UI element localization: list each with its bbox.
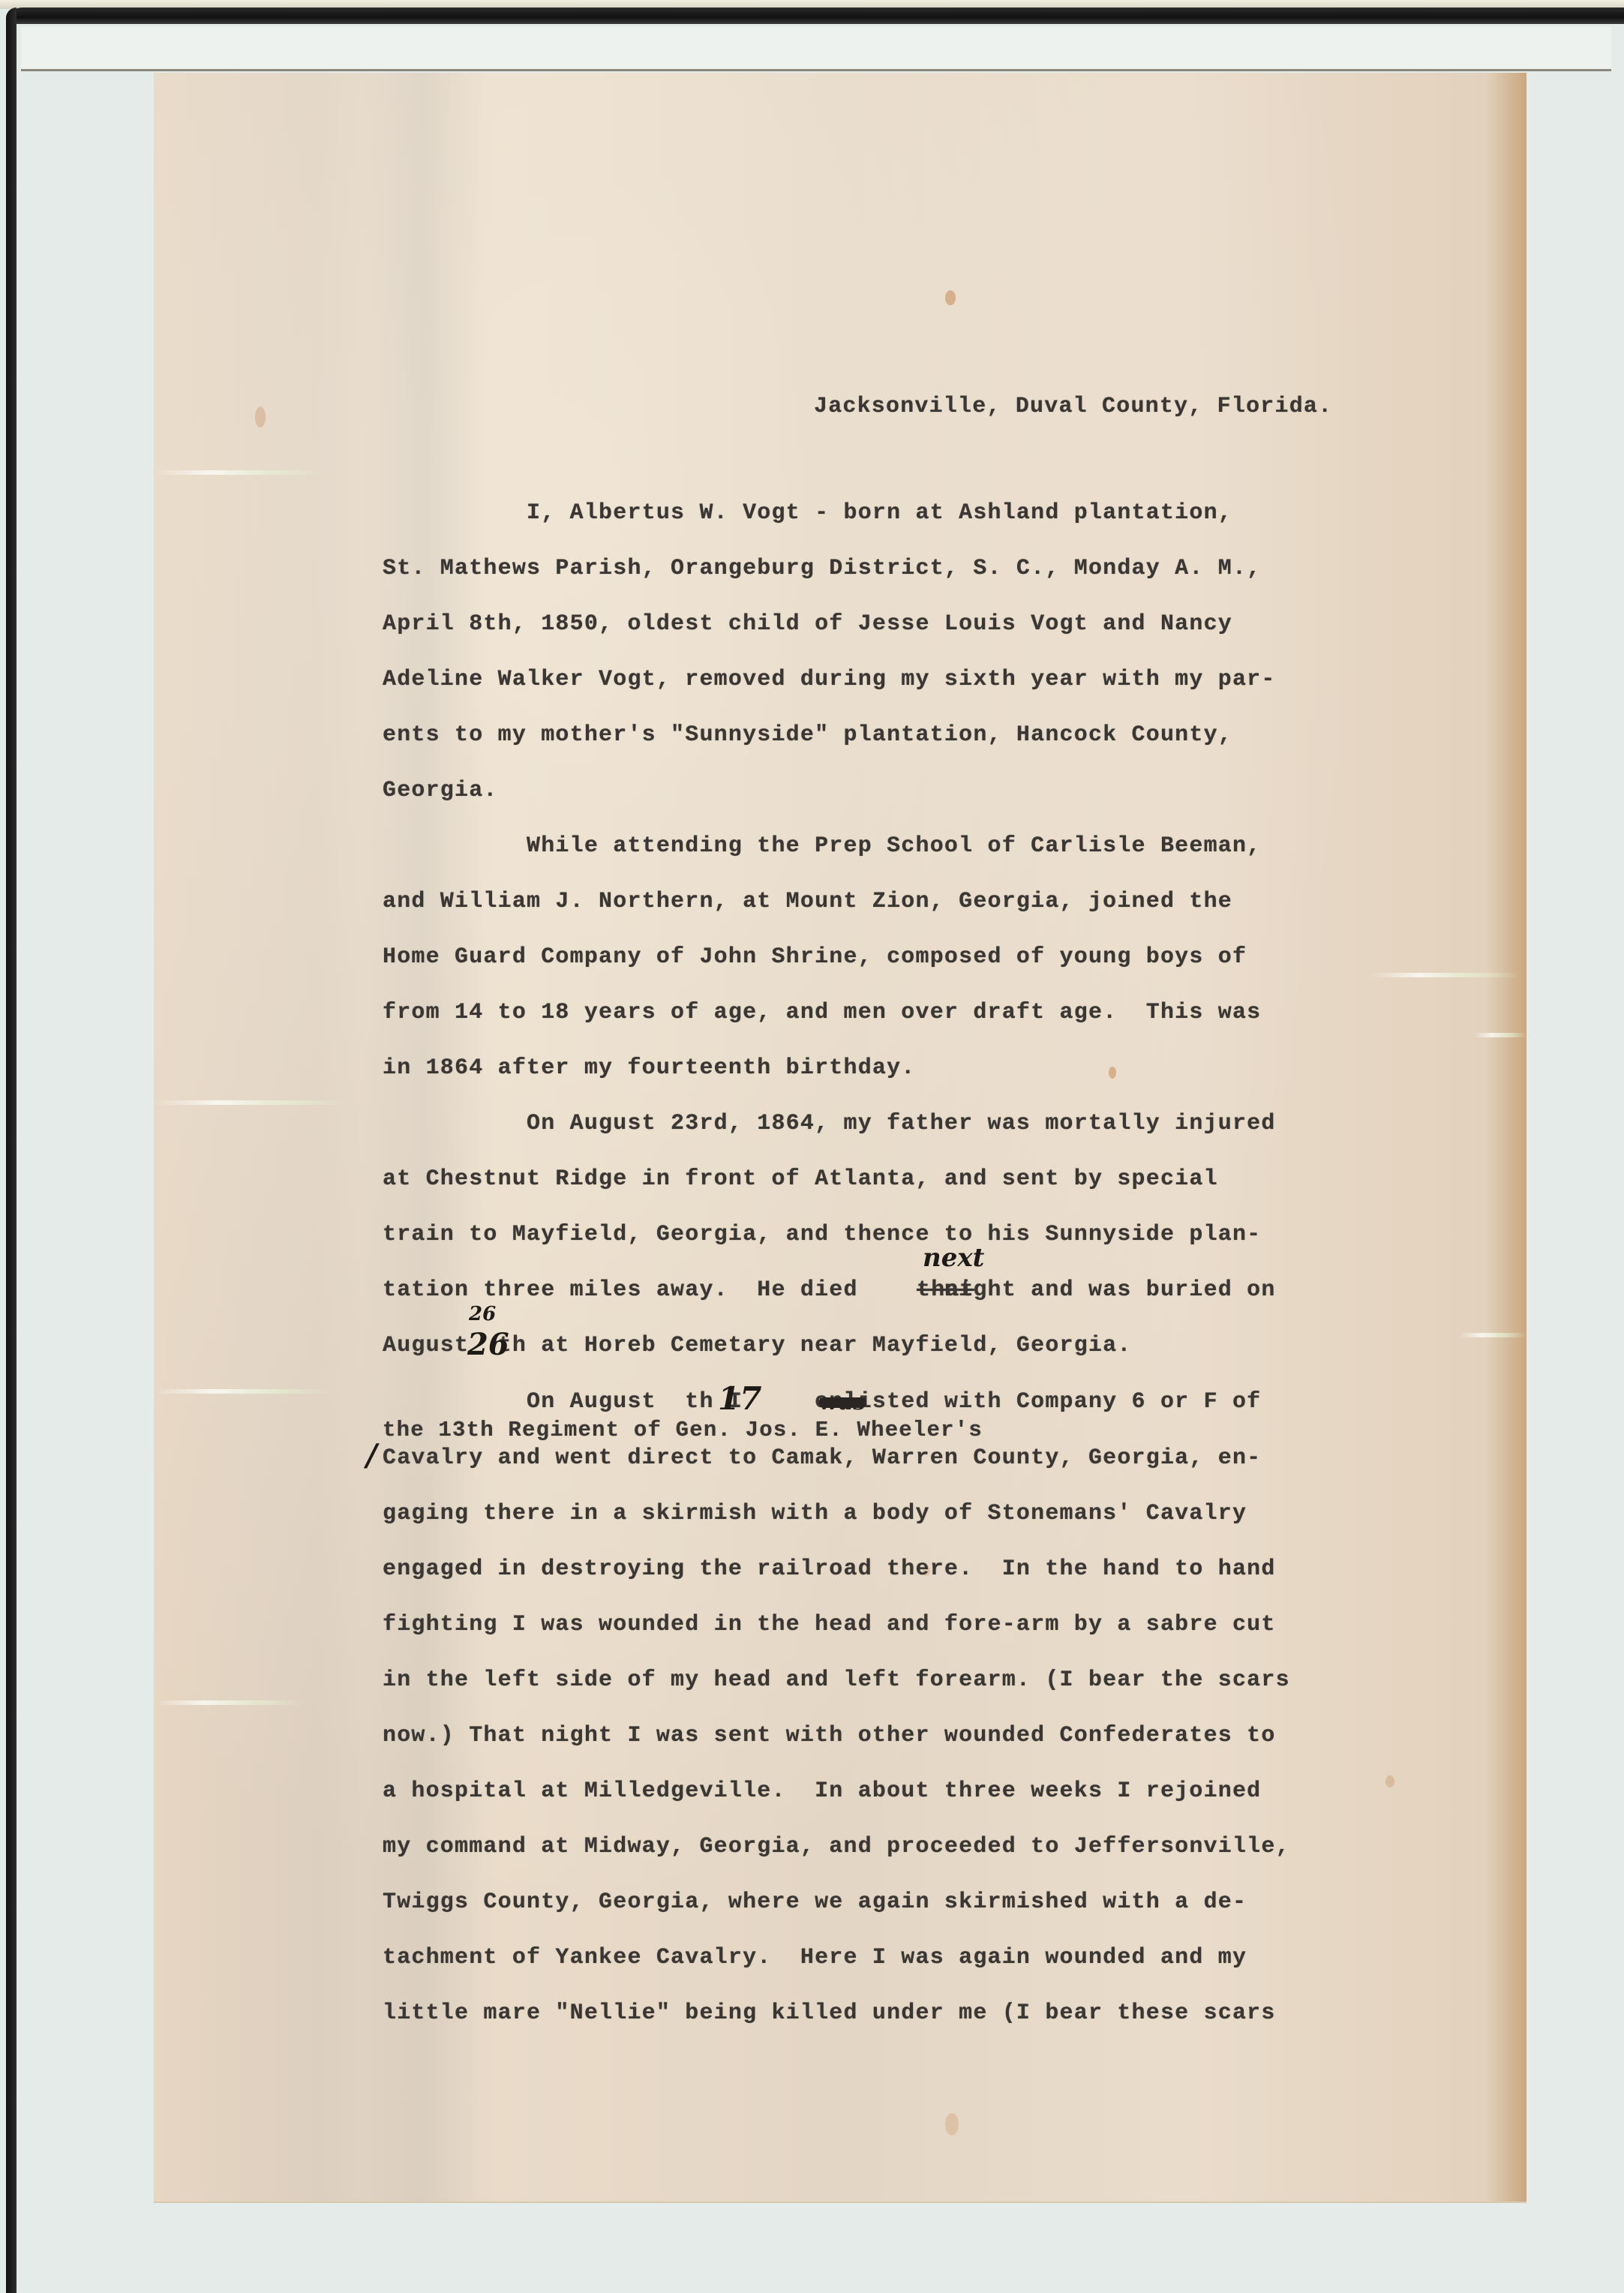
sheen-streak bbox=[1474, 1033, 1526, 1037]
text-line: now.) That night I was sent with other w… bbox=[383, 1723, 1276, 1748]
document-page: Jacksonville, Duval County, Florida. I, … bbox=[154, 73, 1526, 2203]
text-line: train to Mayfield, Georgia, and thence t… bbox=[383, 1222, 1261, 1247]
sheen-streak bbox=[154, 1100, 349, 1105]
text-line: Adeline Walker Vogt, removed during my s… bbox=[383, 667, 1276, 692]
text-line: fighting I was wounded in the head and f… bbox=[383, 1612, 1276, 1637]
sheen-streak bbox=[1459, 1333, 1526, 1337]
text-line: ents to my mother's "Sunnyside" plantati… bbox=[383, 722, 1232, 748]
text-line: Georgia. bbox=[383, 778, 498, 803]
handwritten-correction: 17 bbox=[718, 1380, 761, 1417]
text-line: little mare "Nellie" being killed under … bbox=[383, 2000, 1276, 2026]
text-line: and William J. Northern, at Mount Zion, … bbox=[383, 889, 1232, 914]
handwritten-overwrite: 26 bbox=[467, 1327, 509, 1362]
text-line: I, Albertus W. Vogt - born at Ashland pl… bbox=[383, 500, 1232, 526]
text-line: tation three miles away. He died night a… bbox=[383, 1277, 1276, 1303]
mount-hinge-strip bbox=[21, 27, 1611, 71]
handwritten-correction: 26 bbox=[469, 1303, 496, 1325]
paper-shade bbox=[364, 73, 484, 2201]
text-line: gaging there in a skirmish with a body o… bbox=[383, 1501, 1247, 1526]
scribbled-word: was bbox=[819, 1397, 866, 1408]
location-header: Jacksonville, Duval County, Florida. bbox=[814, 394, 1332, 419]
margin-mark: / bbox=[366, 1438, 377, 1473]
foxing-stain bbox=[945, 2113, 959, 2135]
text-line: a hospital at Milledgeville. In about th… bbox=[383, 1778, 1261, 1804]
text-line: On August 23rd, 1864, my father was mort… bbox=[383, 1111, 1276, 1136]
sheen-streak bbox=[1369, 973, 1519, 977]
frame-left-edge bbox=[6, 8, 17, 2293]
foxing-stain bbox=[1385, 1775, 1394, 1787]
frame-top-edge bbox=[6, 8, 1624, 24]
text-line: While attending the Prep School of Carli… bbox=[383, 833, 1261, 859]
text-line: Twiggs County, Georgia, where we again s… bbox=[383, 1889, 1247, 1915]
foxing-stain bbox=[945, 290, 956, 305]
text-line: engaged in destroying the railroad there… bbox=[383, 1556, 1276, 1582]
text-line: my command at Midway, Georgia, and proce… bbox=[383, 1834, 1290, 1859]
text-line: at Chestnut Ridge in front of Atlanta, a… bbox=[383, 1166, 1218, 1192]
foxing-stain bbox=[255, 407, 266, 428]
text-line: St. Mathews Parish, Orangeburg District,… bbox=[383, 556, 1261, 581]
text-line: Cavalry and went direct to Camak, Warren… bbox=[383, 1445, 1261, 1471]
foxing-stain bbox=[1109, 1067, 1116, 1079]
sheen-streak bbox=[154, 470, 326, 475]
text-line: Home Guard Company of John Shrine, compo… bbox=[383, 944, 1247, 970]
text-line: the 13th Regiment of Gen. Jos. E. Wheele… bbox=[383, 1418, 983, 1442]
text-line: in 1864 after my fourteenth birthday. bbox=[383, 1055, 916, 1081]
text-line: from 14 to 18 years of age, and men over… bbox=[383, 1000, 1261, 1025]
sheen-streak bbox=[154, 1700, 304, 1705]
struck-word: that bbox=[917, 1277, 974, 1303]
handwritten-insertion: next bbox=[923, 1243, 984, 1273]
text-line: April 8th, 1850, oldest child of Jesse L… bbox=[383, 611, 1232, 637]
text-line: in the left side of my head and left for… bbox=[383, 1667, 1290, 1693]
text-line: tachment of Yankee Cavalry. Here I was a… bbox=[383, 1945, 1247, 1970]
sheen-streak bbox=[154, 1389, 334, 1394]
